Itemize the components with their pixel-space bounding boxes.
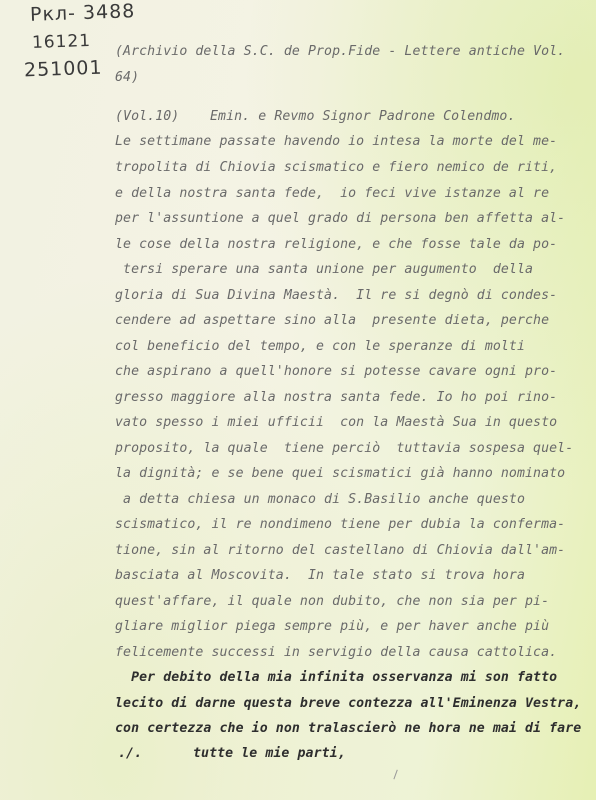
body-line: tersi sperare una santa unione per augum… [115,262,533,277]
archive-citation-line-2: 64) [115,70,139,85]
closing-line: lecito di darne questa breve contezza al… [115,696,581,711]
stray-pen-mark [393,770,400,781]
handwritten-catalog-number: Pкл- 3488 [30,0,136,26]
closing-line: Per debito della mia infinita osservanza… [115,670,557,685]
closing-line: con certezza che io non tralascierò ne h… [115,721,581,736]
body-line: scismatico, il re nondimeno tiene per du… [115,517,565,532]
body-line: le cose della nostra religione, e che fo… [115,237,557,252]
body-line: cendere ad aspettare sino alla presente … [115,313,549,328]
body-line: proposito, la quale tiene perciò tuttavi… [115,441,573,456]
continuation-mark: ./. [118,746,142,761]
body-line: tione, sin al ritorno del castellano di … [115,543,565,558]
scanned-document-page: Pкл- 3488 16121 251001 (Archivio della S… [0,0,596,800]
body-line: gliare miglior piega sempre più, e per h… [115,619,549,634]
body-line: Le settimane passate havendo io intesa l… [115,134,557,149]
body-line: gloria di Sua Divina Maestà. Il re si de… [115,288,557,303]
body-line: basciata al Moscovita. In tale stato si … [115,568,525,583]
folio-number: (Vol.10) [115,109,179,124]
body-line: vato spesso i miei ufficii con la Maestà… [115,415,557,430]
handwritten-reference-number: 16121 [32,31,92,53]
body-line: che aspirano a quell'honore si potesse c… [115,364,557,379]
body-line: la dignità; e se bene quei scismatici gi… [115,466,565,481]
salutation: Emin. e Revmo Signor Padrone Colendmo. [210,109,516,124]
body-line: quest'affare, il quale non dubito, che n… [115,594,549,609]
body-line: tropolita di Chiovia scismatico e fiero … [115,160,557,175]
body-line: a detta chiesa un monaco di S.Basilio an… [115,492,525,507]
handwritten-id-number: 251001 [24,57,103,82]
body-line: felicemente successi in servigio della c… [115,645,557,660]
continuation-text: tutte le mie parti, [193,746,346,761]
body-line: gresso maggiore alla nostra santa fede. … [115,390,557,405]
body-line: e della nostra santa fede, io feci vive … [115,186,549,201]
body-line: per l'assuntione a quel grado di persona… [115,211,565,226]
body-line: col beneficio del tempo, e con le speran… [115,339,525,354]
archive-citation-line-1: (Archivio della S.C. de Prop.Fide - Lett… [115,44,565,59]
